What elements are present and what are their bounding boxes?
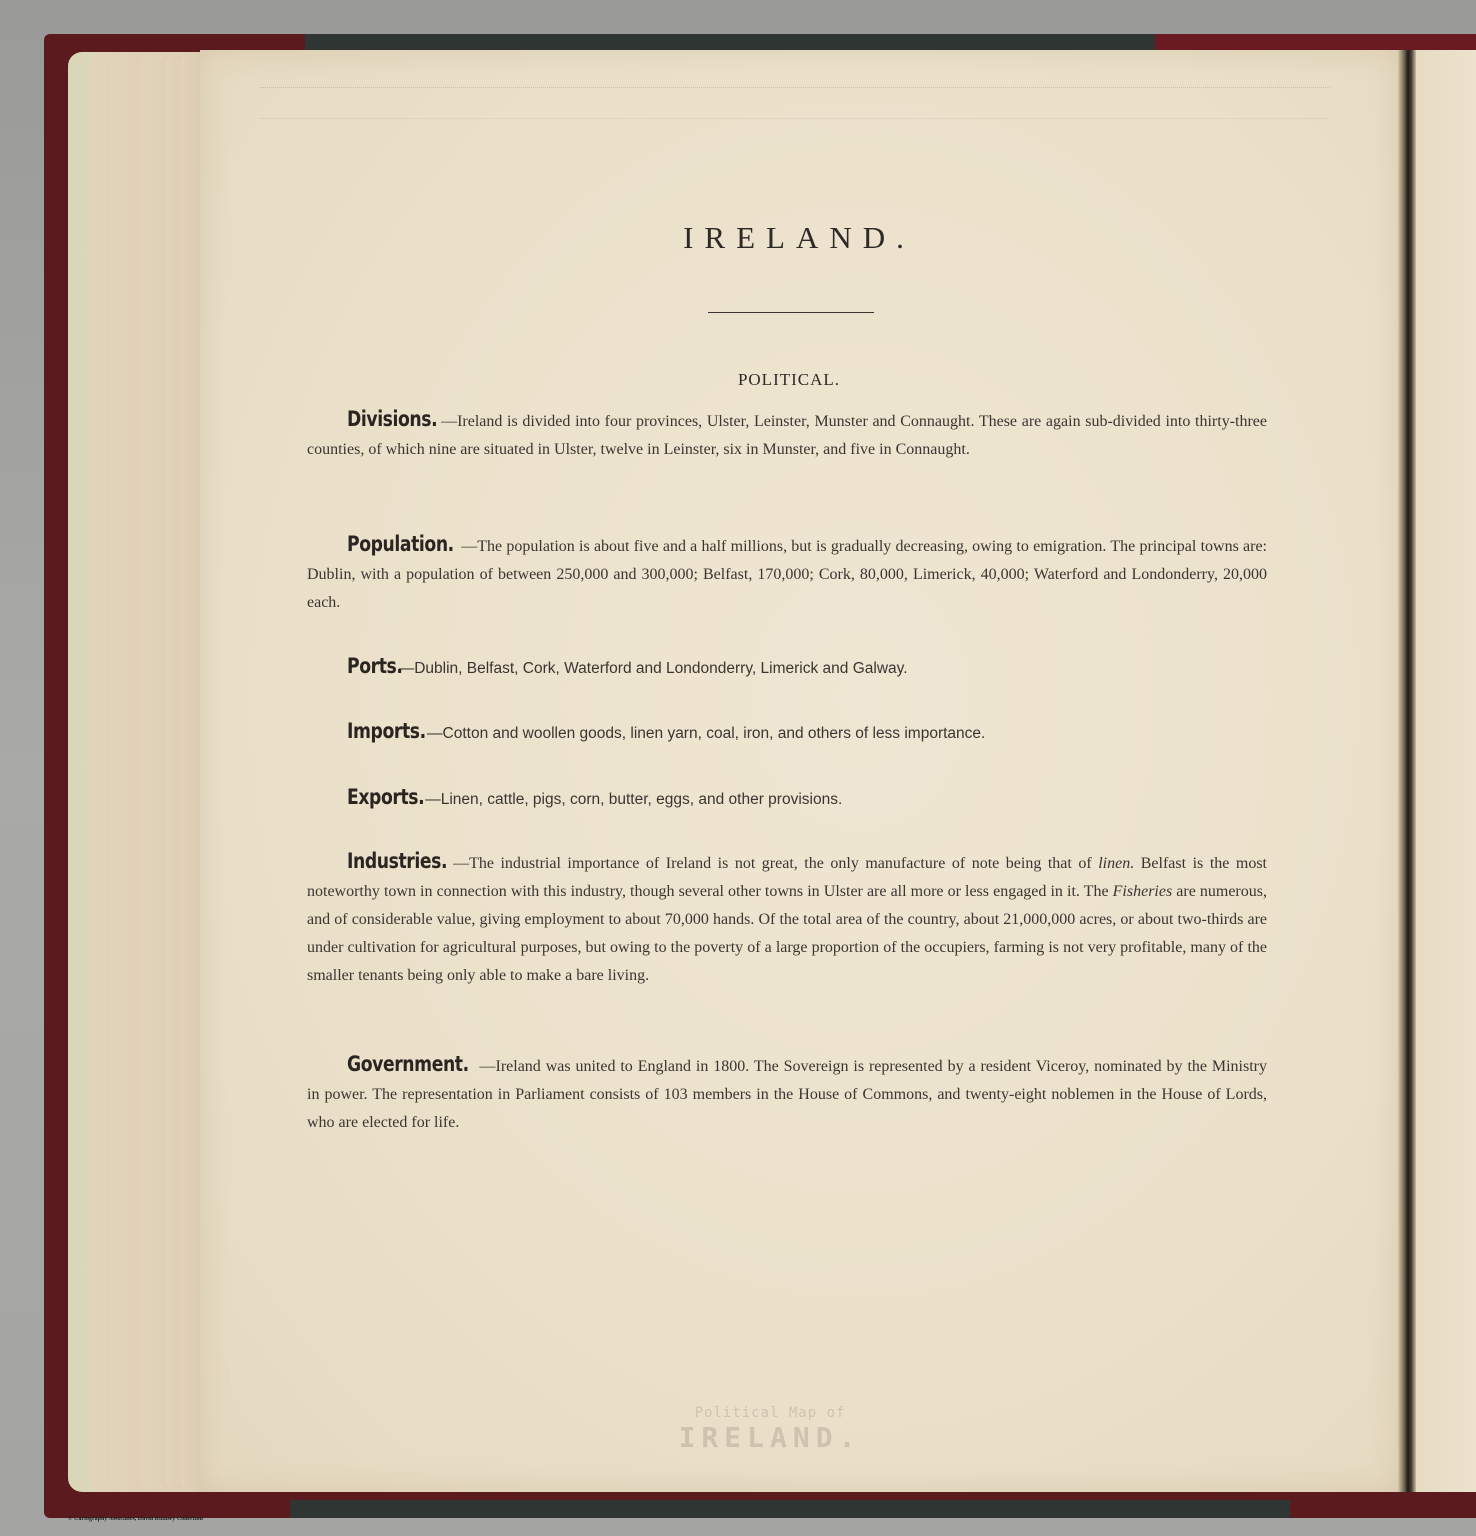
book-cover-edge — [1150, 34, 1476, 50]
section-body: —The industrial importance of Ireland is… — [307, 855, 1267, 984]
facing-page — [1416, 50, 1476, 1492]
show-through-header — [260, 87, 1330, 119]
section-divisions: Divisions.—Ireland is divided into four … — [307, 405, 1267, 464]
section-government: Government.—Ireland was united to Englan… — [307, 1050, 1267, 1137]
section-body: —Dublin, Belfast, Cork, Waterford and Lo… — [399, 660, 908, 677]
section-body: —Ireland is divided into four provinces,… — [307, 413, 1267, 458]
section-heading: Ports. — [347, 652, 403, 680]
section-body: —Cotton and woollen goods, linen yarn, c… — [427, 725, 985, 742]
section-heading: Population. — [347, 530, 454, 558]
section-heading: Industries. — [347, 847, 447, 875]
copyright-credit: © Cartography Associates, David Rumsey C… — [68, 1516, 203, 1522]
section-population: Population.—The population is about five… — [307, 530, 1267, 617]
title-divider — [708, 312, 874, 313]
section-ports: Ports.—Dublin, Belfast, Cork, Waterford … — [307, 652, 1267, 683]
section-subtitle: POLITICAL. — [200, 370, 1378, 390]
book-spine-bottom — [290, 1500, 1290, 1518]
document-page: IRELAND. POLITICAL. Divisions.—Ireland i… — [200, 50, 1398, 1492]
section-body: —Linen, cattle, pigs, corn, butter, eggs… — [425, 791, 842, 808]
page-edges — [60, 52, 210, 1492]
section-heading: Exports. — [347, 783, 424, 811]
book-gutter — [1398, 50, 1416, 1492]
emphasis-linen: linen. — [1098, 855, 1134, 872]
page-title: IRELAND. — [200, 220, 1398, 256]
section-heading: Imports. — [347, 717, 426, 745]
emphasis-fisheries: Fisheries — [1113, 883, 1173, 900]
section-heading: Government. — [347, 1050, 469, 1078]
section-imports: Imports.—Cotton and woollen goods, linen… — [307, 717, 1267, 748]
section-exports: Exports.—Linen, cattle, pigs, corn, butt… — [307, 783, 1267, 814]
show-through-text: Political Map of IRELAND. — [655, 1405, 885, 1454]
section-heading: Divisions. — [347, 405, 437, 433]
section-industries: Industries.—The industrial importance of… — [307, 847, 1267, 990]
